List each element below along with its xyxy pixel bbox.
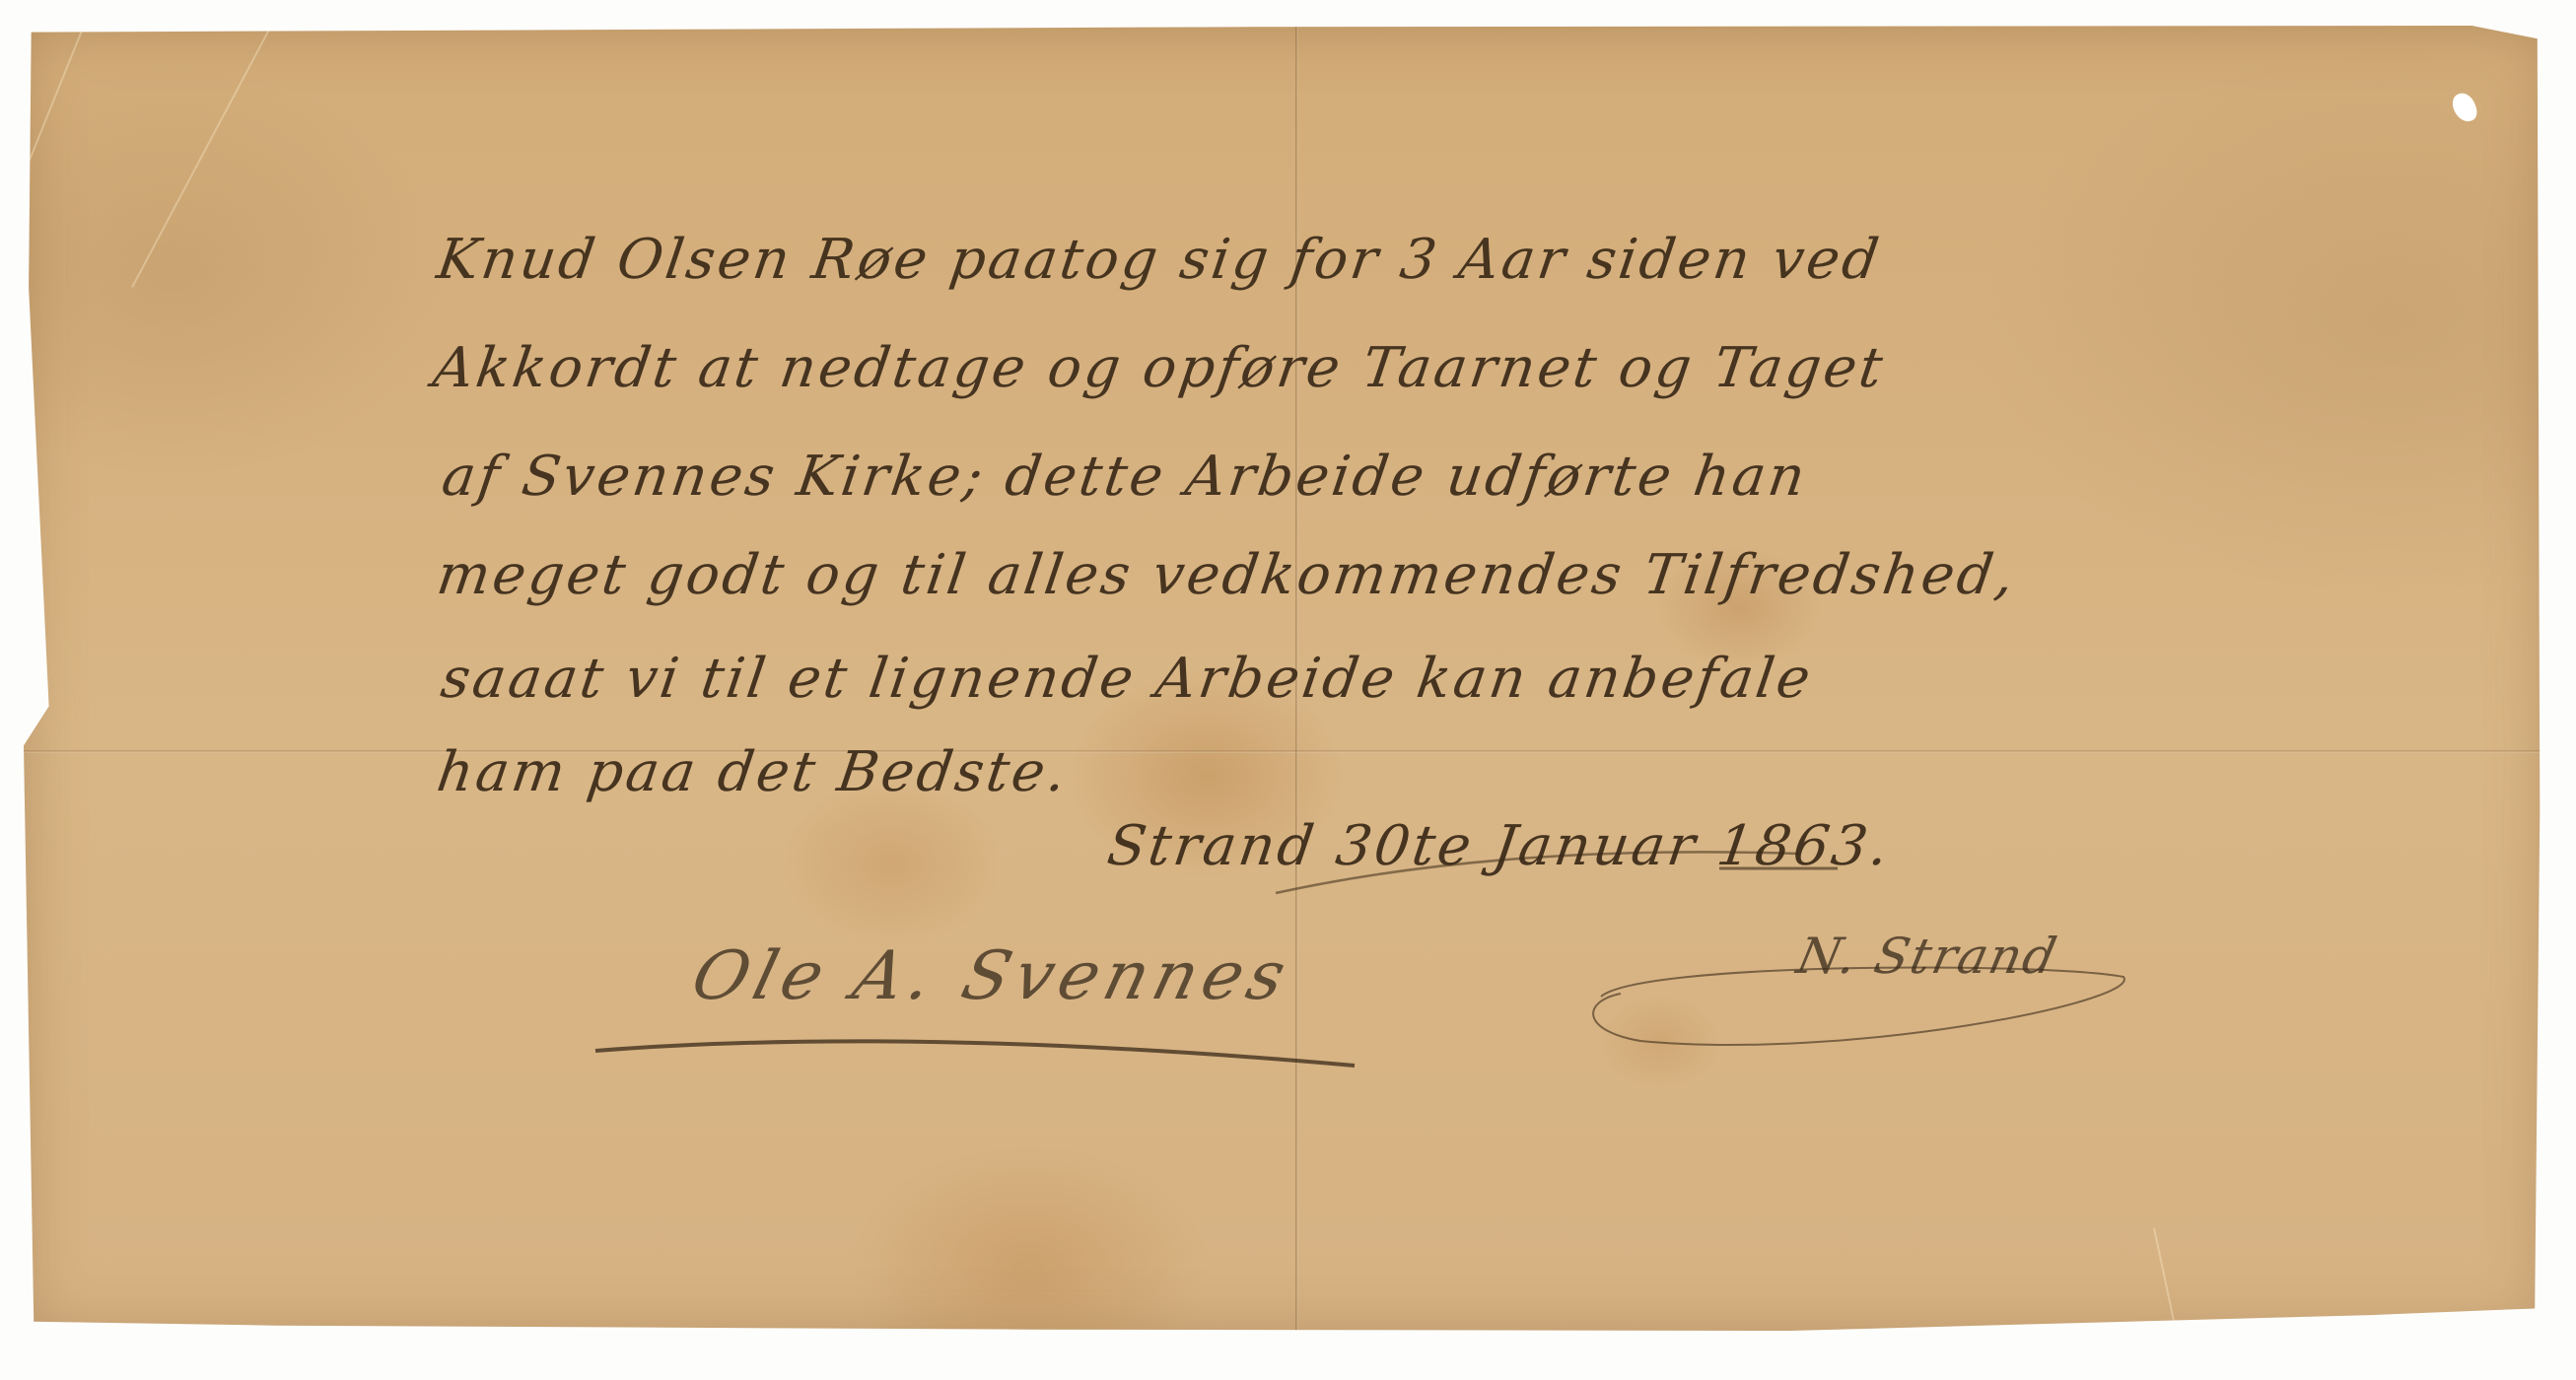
body-line-1: Knud Olsen Røe paatog sig for 3 Aar side… xyxy=(433,228,1885,292)
body-line-2: Akkordt at nedtage og opføre Taarnet og … xyxy=(429,336,1889,400)
diagonal-crease xyxy=(2153,1228,2184,1363)
body-line-5: saaat vi til et lignende Arbeide kan anb… xyxy=(437,647,1817,711)
signature-left: Ole A. Svennes xyxy=(684,937,1298,1015)
body-line-3: af Svennes Kirke; dette Arbeide udførte … xyxy=(438,445,1811,509)
signature-right: N. Strand xyxy=(1792,928,2063,985)
document-scan: Knud Olsen Røe paatog sig for 3 Aar side… xyxy=(0,0,2576,1380)
horizontal-fold-line xyxy=(24,750,2547,753)
body-line-4: meget godt og til alles vedkommendes Til… xyxy=(433,543,2020,607)
aged-paper-sheet: Knud Olsen Røe paatog sig for 3 Aar side… xyxy=(24,26,2547,1335)
diagonal-crease xyxy=(131,26,272,288)
diagonal-crease xyxy=(0,26,85,264)
paper-hole xyxy=(2450,90,2480,125)
dateline: Strand 30te Januar 1863. xyxy=(1103,814,1895,878)
body-line-6: ham paa det Bedste. xyxy=(433,740,1073,804)
